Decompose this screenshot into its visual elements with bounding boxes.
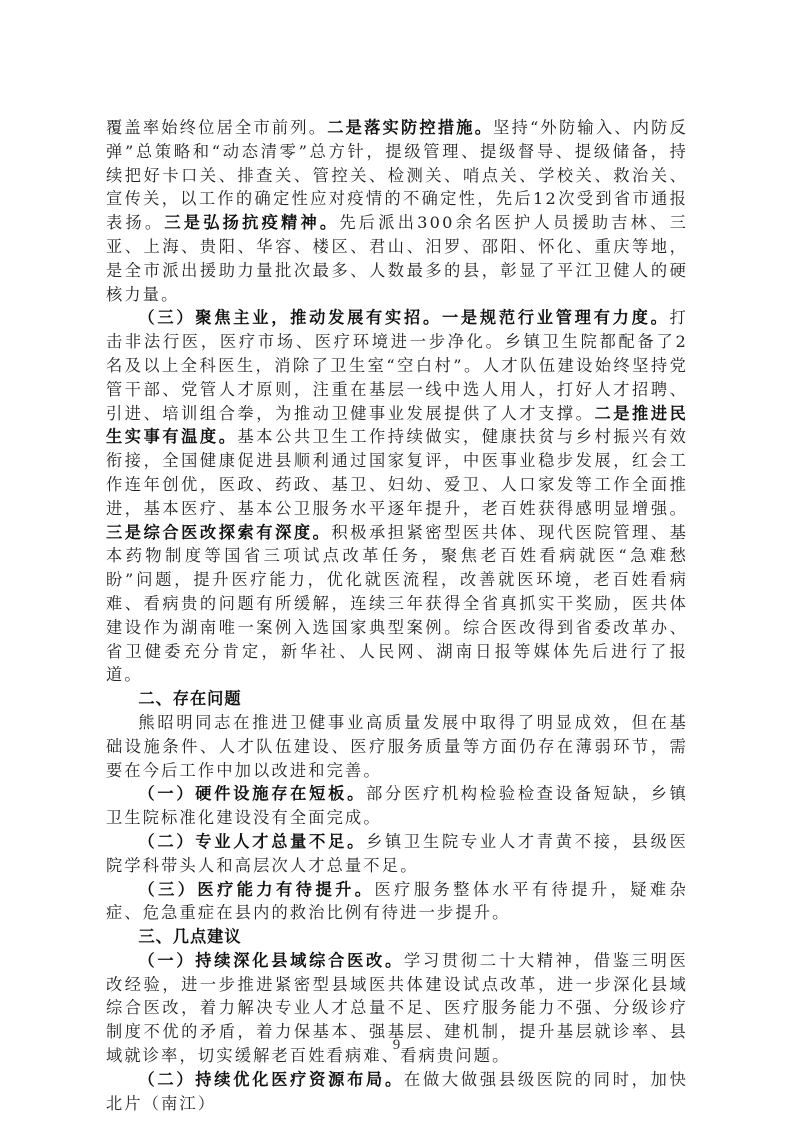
text-run: 覆盖率始终位居全市前列。 [106, 118, 327, 137]
bold-run: 二是落实防控措施。 [327, 118, 493, 137]
document-body: 覆盖率始终位居全市前列。二是落实防控措施。坚持“外防输入、内防反弹”总策略和“动… [106, 116, 688, 1115]
text-run: 熊昭明同志在推进卫健事业高质量发展中取得了明显成效，但在基础设施条件、人才队伍建… [106, 713, 688, 780]
paragraph-optimize-resources: （二）持续优化医疗资源布局。在做大做强县级医院的同时，加快北片（南江） [106, 1068, 688, 1116]
paragraph-capacity: （三）医疗能力有待提升。医疗服务整体水平有待提升，疑难杂症、危急重症在县内的救治… [106, 878, 688, 926]
section-title: （二）专业人才总量不足。 [138, 832, 366, 851]
page-number: 9 [0, 1037, 793, 1054]
paragraph-continuation: 覆盖率始终位居全市前列。二是落实防控措施。坚持“外防输入、内防反弹”总策略和“动… [106, 116, 688, 306]
paragraph-problems-intro: 熊昭明同志在推进卫健事业高质量发展中取得了明显成效，但在基础设施条件、人才队伍建… [106, 711, 688, 782]
paragraph-focus-main-business: （三）聚焦主业，推动发展有实招。一是规范行业管理有力度。打击非法行医，医疗市场、… [106, 306, 688, 687]
paragraph-talent: （二）专业人才总量不足。乡镇卫生院专业人才青黄不接，县级医院学科带头人和高层次人… [106, 830, 688, 878]
text-run: 积极承担紧密型医共体、现代医院管理、基本药物制度等国省三项试点改革任务，聚焦老百… [106, 523, 688, 685]
paragraph-hardware: （一）硬件设施存在短板。部分医疗机构检验检查设备短缺，乡镇卫生院标准化建设没有全… [106, 782, 688, 830]
bold-run: 三是综合医改探索有深度。 [106, 523, 331, 542]
section-title: （一）持续深化县域综合医改。 [138, 951, 404, 970]
section-title: （一）硬件设施存在短板。 [138, 784, 366, 803]
section-title: （二）持续优化医疗资源布局。 [138, 1070, 404, 1089]
section-title: （三）医疗能力有待提升。 [138, 880, 374, 899]
section-title: （三）聚焦主业，推动发展有实招。 [138, 308, 442, 327]
bold-run: 三是弘扬抗疫精神。 [164, 213, 339, 232]
heading-suggestions: 三、几点建议 [106, 925, 688, 949]
bold-run: 一是规范行业管理有力度。 [442, 308, 670, 327]
heading-problems: 二、存在问题 [106, 687, 688, 711]
